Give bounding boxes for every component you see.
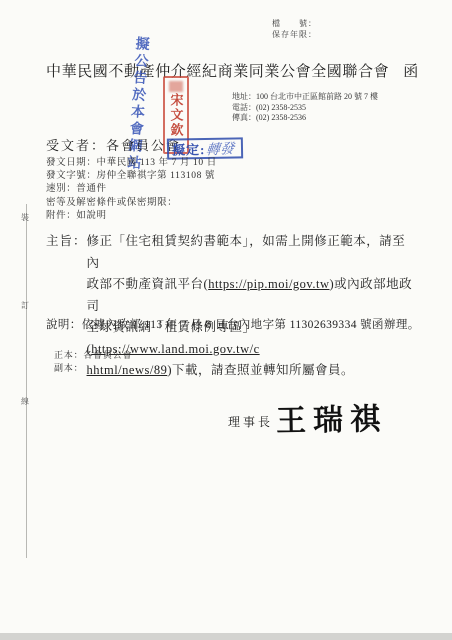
scanned-official-letter: 檔 號： 保存年限： 中華民國不動產仲介經紀商業同業公會全國聯合會 函 地址：1…: [0, 0, 452, 640]
retention-period-label: 保存年限：: [272, 29, 317, 40]
binding-line: [26, 204, 27, 558]
binding-char-xian: 線: [21, 396, 29, 407]
issuing-organization-title: 中華民國不動產仲介經紀商業同業公會全國聯合會: [46, 60, 389, 81]
seal-name-text: 宋文欽: [170, 93, 183, 138]
cc-copy-line: 副本：: [54, 362, 132, 375]
scan-edge-shadow: [0, 633, 452, 640]
copies-block: 正本：各會員公會 副本：: [54, 349, 132, 374]
subject-line2-pre: 政部不動產資訊平台(: [87, 277, 209, 291]
contact-block: 地址：100 台北市中正區館前路 20 號 7 樓 電話：(02) 2358-2…: [232, 92, 378, 124]
secrecy-line: 密等及解密條件或保密期限：: [46, 197, 217, 210]
address-line: 地址：100 台北市中正區館前路 20 號 7 樓: [232, 92, 378, 103]
decision-stamp-label: 擬定:: [172, 139, 206, 159]
description-label: 說明：: [46, 316, 82, 332]
seal-top-glyph: [169, 81, 183, 92]
subject-content: 修正「住宅租賃契約書範本」，如需上開修正範本，請至內 政部不動產資訊平台(htt…: [87, 231, 418, 382]
phone-line: 電話：(02) 2358-2535: [232, 103, 378, 114]
attachment-line: 附件：如說明: [46, 210, 217, 223]
description-paragraph: 說明： 依據內政部 113 年 7 月 8 日台內地字第 11302639334…: [46, 316, 436, 332]
original-copy-line: 正本：各會員公會: [54, 349, 132, 362]
issue-number-line: 發文字號：房仲全聯祺字第 113108 號: [46, 170, 217, 183]
document-meta: 發文日期：中華民國 113 年 7 月 10 日 發文字號：房仲全聯祺字第 11…: [46, 157, 217, 223]
binding-char-zhuang: 裝: [21, 212, 29, 223]
document-type: 函: [403, 60, 418, 81]
subject-line1: 修正「住宅租賃契約書範本」，如需上開修正範本，請至內: [87, 234, 406, 270]
fax-line: 傳真：(02) 2358-2536: [232, 113, 378, 124]
speed-class-line: 速別：普通件: [46, 183, 217, 196]
decision-stamp-handwriting: 轉發: [205, 137, 235, 158]
file-number-block: 檔 號： 保存年限：: [272, 18, 317, 40]
binding-char-ding: 訂: [21, 300, 29, 311]
issue-date-line: 發文日期：中華民國 113 年 7 月 10 日: [46, 157, 217, 170]
letter-header: 中華民國不動產仲介經紀商業同業公會全國聯合會 函: [46, 60, 426, 81]
subject-line4-post: )下載，請查照並轉知所屬會員。: [167, 363, 354, 377]
recipient-line: 受文者：各會員公會: [46, 135, 181, 154]
description-text: 依據內政部 113 年 7 月 8 日台內地字第 11302639334 號函辦…: [82, 316, 420, 332]
pip-url: https://pip.moi/gov.tw: [208, 277, 329, 291]
chairman-title: 理事長: [228, 413, 273, 430]
chairman-name: 王瑞祺: [276, 394, 388, 440]
archive-number-label: 檔 號：: [272, 18, 317, 29]
